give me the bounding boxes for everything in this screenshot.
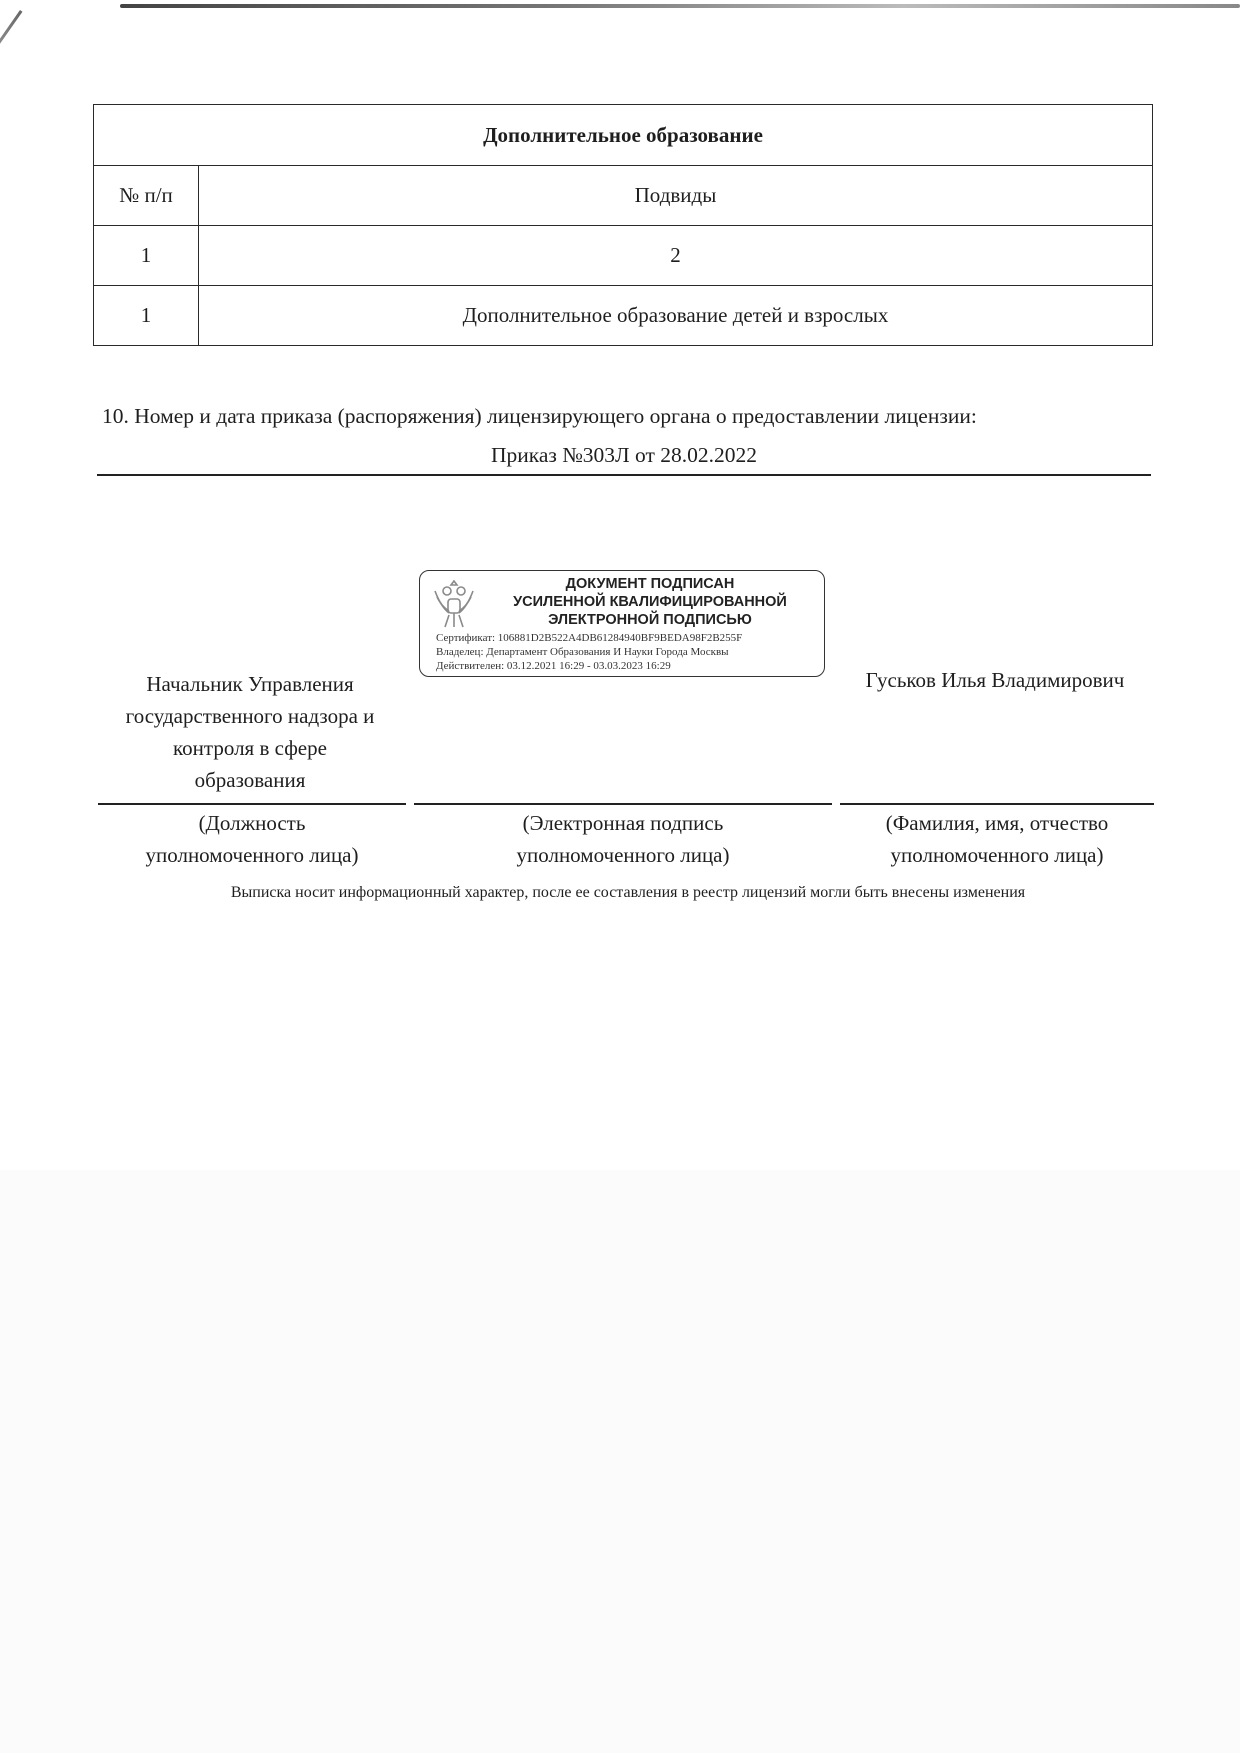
position-line: Начальник Управления [100, 668, 400, 700]
table-index-row: 1 2 [94, 226, 1153, 286]
caption-e-signature: (Электронная подпись уполномоченного лиц… [414, 803, 832, 871]
stamp-heading-line: ЭЛЕКТРОННОЙ ПОДПИСЬЮ [480, 611, 820, 629]
caption-line: (Фамилия, имя, отчество [840, 807, 1154, 839]
caption-position: (Должность уполномоченного лица) [98, 803, 406, 871]
stamp-heading-line: УСИЛЕННОЙ КВАЛИФИЦИРОВАННОЙ [480, 593, 820, 611]
column-header-subtypes: Подвиды [199, 166, 1153, 226]
scan-edge-top [120, 4, 1240, 8]
column-header-number: № п/п [94, 166, 199, 226]
position-line: государственного надзора и [100, 700, 400, 732]
clause-10-label: 10. Номер и дата приказа (распоряжения) … [102, 404, 1162, 429]
table-title-row: Дополнительное образование [94, 105, 1153, 166]
caption-line: (Должность [98, 807, 406, 839]
caption-full-name: (Фамилия, имя, отчество уполномоченного … [840, 803, 1154, 871]
index-cell-subtype: 2 [199, 226, 1153, 286]
position-line: образования [100, 764, 400, 796]
caption-line: уполномоченного лица) [414, 839, 832, 871]
scan-shade [0, 1170, 1240, 1753]
table-header-row: № п/п Подвиды [94, 166, 1153, 226]
stamp-heading-line: ДОКУМЕНТ ПОДПИСАН [480, 575, 820, 593]
caption-line: уполномоченного лица) [98, 839, 406, 871]
additional-education-table: Дополнительное образование № п/п Подвиды… [93, 104, 1153, 346]
coat-of-arms-icon [430, 577, 478, 633]
caption-line: (Электронная подпись [414, 807, 832, 839]
index-cell-number: 1 [94, 226, 199, 286]
e-signature-stamp: ДОКУМЕНТ ПОДПИСАН УСИЛЕННОЙ КВАЛИФИЦИРОВ… [419, 570, 825, 677]
signatory-position: Начальник Управления государственного на… [100, 668, 400, 796]
stamp-details: Сертификат: 106881D2B522A4DB61284940BF9B… [436, 631, 826, 673]
scan-edge-left [0, 10, 22, 102]
row-number: 1 [94, 286, 199, 346]
order-number: Приказ №303Л от 28.02.2022 [97, 443, 1151, 476]
stamp-heading: ДОКУМЕНТ ПОДПИСАН УСИЛЕННОЙ КВАЛИФИЦИРОВ… [480, 575, 820, 629]
signatory-name: Гуськов Илья Владимирович [835, 668, 1155, 693]
table-title: Дополнительное образование [94, 105, 1153, 166]
table-row: 1 Дополнительное образование детей и взр… [94, 286, 1153, 346]
certificate-validity: Действителен: 03.12.2021 16:29 - 03.03.2… [436, 659, 826, 673]
certificate-owner: Владелец: Департамент Образования И Наук… [436, 645, 826, 659]
row-subtype: Дополнительное образование детей и взрос… [199, 286, 1153, 346]
certificate-number: Сертификат: 106881D2B522A4DB61284940BF9B… [436, 631, 826, 645]
position-line: контроля в сфере [100, 732, 400, 764]
disclaimer-footnote: Выписка носит информационный характер, п… [98, 884, 1158, 902]
caption-line: уполномоченного лица) [840, 839, 1154, 871]
